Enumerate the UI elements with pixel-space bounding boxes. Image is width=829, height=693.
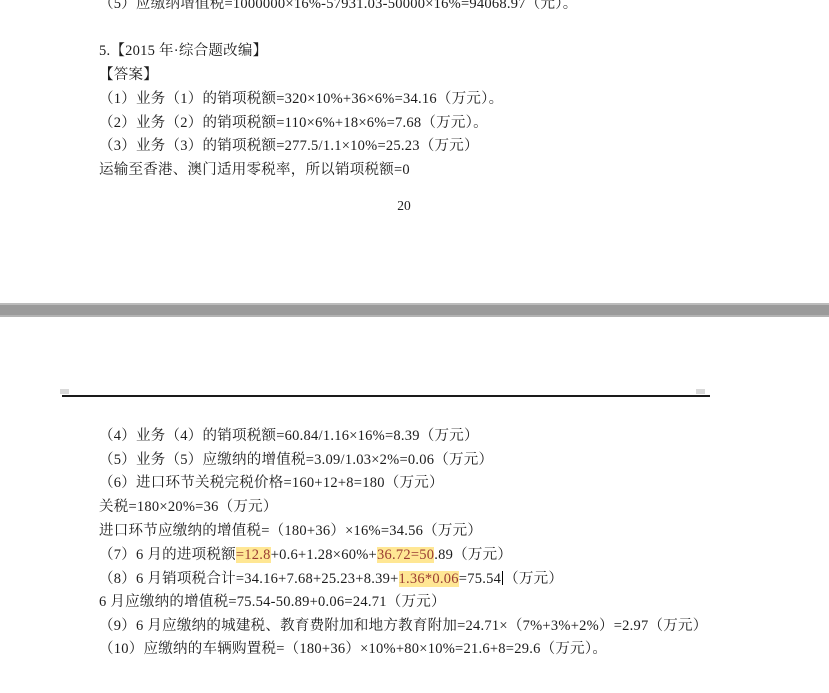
text-segment: 进口环节应缴纳的增值税=（180+36）×16%=34.56（万元）	[99, 523, 482, 539]
text-segment: （万元）	[504, 571, 563, 587]
document-line[interactable]: 关税=180×20%=36（万元）	[99, 498, 278, 516]
document-line[interactable]: （8）6 月销项税合计=34.16+7.68+25.23+8.39+1.36*0…	[99, 569, 563, 588]
document-line[interactable]: （10）应缴纳的车辆购置税=（180+36）×10%+80×10%=21.6+8…	[99, 640, 607, 658]
text-segment: 5.【2015 年·综合题改编】	[99, 43, 267, 59]
document-line[interactable]: 【答案】	[99, 66, 158, 84]
document-line[interactable]: （3）业务（3）的销项税额=277.5/1.1×10%=25.23（万元）	[99, 137, 479, 155]
text-segment: （2）业务（2）的销项税额=110×6%+18×6%=7.68（万元）。	[99, 115, 488, 131]
text-segment: （1）业务（1）的销项税额=320×10%+36×6%=34.16（万元）。	[99, 91, 503, 107]
document-line[interactable]: 5.【2015 年·综合题改编】	[99, 42, 267, 60]
highlighted-text-segment: 1.36*0.06	[399, 571, 459, 587]
document-line[interactable]: （6）进口环节关税完税价格=160+12+8=180（万元）	[99, 474, 444, 492]
document-line[interactable]: 运输至香港、澳门适用零税率，所以销项税额=0	[99, 161, 410, 179]
document-line[interactable]: （2）业务（2）的销项税额=110×6%+18×6%=7.68（万元）。	[99, 114, 488, 132]
document-line[interactable]: （4）业务（4）的销项税额=60.84/1.16×16%=8.39（万元）	[99, 427, 479, 445]
page-break-divider	[0, 303, 829, 317]
document-line[interactable]: （7）6 月的进项税额=12.8+0.6+1.28×60%+36.72=50.8…	[99, 546, 512, 564]
text-segment: .89（万元）	[434, 547, 512, 563]
document-line[interactable]: （5）应缴纳增值税=1000000×16%-57931.03-50000×16%…	[99, 0, 578, 13]
text-segment: （5）应缴纳增值税=1000000×16%-57931.03-50000×16%…	[99, 0, 578, 12]
text-segment: 【答案】	[99, 67, 158, 83]
text-segment: 6 月应缴纳的增值税=75.54-50.89+0.06=24.71（万元）	[99, 594, 446, 610]
document-line[interactable]: （1）业务（1）的销项税额=320×10%+36×6%=34.16（万元）。	[99, 90, 503, 108]
highlighted-text-segment: =12.8	[236, 547, 271, 563]
text-segment: （10）应缴纳的车辆购置税=（180+36）×10%+80×10%=21.6+8…	[99, 641, 607, 657]
text-segment: 关税=180×20%=36（万元）	[99, 499, 278, 515]
document-line[interactable]: 进口环节应缴纳的增值税=（180+36）×16%=34.56（万元）	[99, 522, 482, 540]
text-segment: （7）6 月的进项税额	[99, 547, 236, 563]
text-segment: 运输至香港、澳门适用零税率，所以销项税额=0	[99, 162, 410, 178]
text-segment: （8）6 月销项税合计=34.16+7.68+25.23+8.39+	[99, 571, 399, 587]
text-segment: （9）6 月应缴纳的城建税、教育费附加和地方教育附加=24.71×（7%+3%+…	[99, 618, 708, 634]
document-line[interactable]: （5）业务（5）应缴纳的增值税=3.09/1.03×2%=0.06（万元）	[99, 451, 493, 469]
document-canvas: （5）应缴纳增值税=1000000×16%-57931.03-50000×16%…	[0, 0, 829, 693]
highlighted-text-segment: 36.72=50	[377, 547, 434, 563]
page-number: 20	[0, 198, 808, 214]
text-segment: （3）业务（3）的销项税额=277.5/1.1×10%=25.23（万元）	[99, 138, 479, 154]
document-line[interactable]: 6 月应缴纳的增值税=75.54-50.89+0.06=24.71（万元）	[99, 593, 446, 611]
text-segment: =75.54	[459, 571, 501, 587]
text-segment: （4）业务（4）的销项税额=60.84/1.16×16%=8.39（万元）	[99, 428, 479, 444]
text-segment: （6）进口环节关税完税价格=160+12+8=180（万元）	[99, 475, 444, 491]
text-segment: （5）业务（5）应缴纳的增值税=3.09/1.03×2%=0.06（万元）	[99, 452, 493, 468]
text-segment: +0.6+1.28×60%+	[271, 547, 377, 563]
header-mark-right	[696, 389, 705, 394]
header-rule	[62, 395, 710, 397]
header-mark-left	[60, 389, 69, 394]
text-cursor-caret	[502, 571, 503, 585]
document-line[interactable]: （9）6 月应缴纳的城建税、教育费附加和地方教育附加=24.71×（7%+3%+…	[99, 617, 708, 635]
